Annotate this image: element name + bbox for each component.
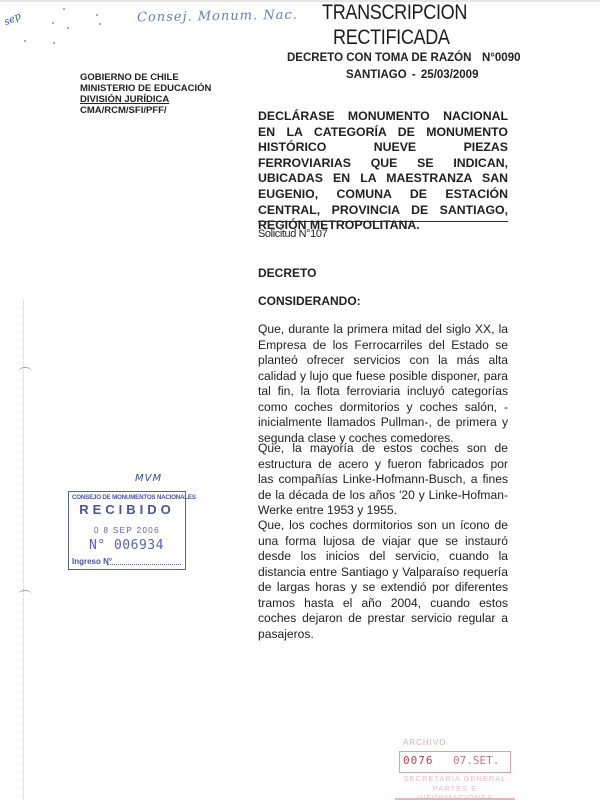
section-considerando: CONSIDERANDO: bbox=[258, 294, 508, 308]
punch-hole-icon bbox=[18, 367, 32, 376]
ink-speck bbox=[63, 8, 65, 10]
letterhead: GOBIERNO DE CHILE MINISTERIO DE EDUCACIÓ… bbox=[80, 72, 211, 116]
letterhead-government: GOBIERNO DE CHILE bbox=[80, 72, 211, 83]
paragraph-1: Que, durante la primera mitad del siglo … bbox=[258, 322, 508, 446]
heading-divider bbox=[258, 221, 508, 222]
paragraph-2: Que, la mayoría de estos coches son de e… bbox=[258, 441, 508, 519]
stamp-number: N° 006934 bbox=[89, 538, 164, 553]
decree-type: DECRETO CON TOMA DE RAZÓN bbox=[287, 52, 471, 64]
ink-speck bbox=[99, 23, 101, 25]
stamp-entry-line bbox=[107, 564, 181, 565]
handwritten-note: Consej. Monum. Nac. bbox=[137, 8, 298, 26]
scanned-document-page: sep Consej. Monum. Nac. TRANSCRIPCION RE… bbox=[0, 0, 600, 800]
archive-number: 0076 bbox=[403, 754, 434, 767]
stamp-date: 0 8 SEP 2006 bbox=[69, 526, 185, 535]
ink-speck bbox=[53, 42, 55, 44]
document-title-line2: RECTIFICADA bbox=[333, 26, 450, 50]
punch-hole-icon bbox=[18, 590, 32, 599]
document-title-line1: TRANSCRIPCION bbox=[322, 1, 467, 25]
archive-stamp: ARCHIVO 0076 07.SET. SECRETARIA GENERAL … bbox=[395, 738, 515, 800]
stamp-status: RECIBIDO bbox=[69, 502, 185, 517]
place-and-date: SANTIAGO - 25/03/2009 bbox=[346, 69, 478, 81]
ink-speck bbox=[67, 27, 69, 29]
request-number: Solicitud N°107 bbox=[258, 228, 327, 240]
stamp-organization: CONSEJO DE MONUMENTOS NACIONALES bbox=[72, 494, 196, 501]
decree-number: N°0090 bbox=[482, 52, 521, 64]
handwritten-initials: MVM bbox=[135, 473, 162, 484]
paragraph-3: Que, los coches dormitorios son un ícono… bbox=[258, 518, 508, 642]
archive-office-line1: SECRETARIA GENERAL bbox=[399, 774, 511, 783]
letterhead-division: DIVISIÓN JURÍDICA bbox=[80, 94, 211, 105]
ink-speck bbox=[52, 22, 54, 24]
handwritten-margin-mark: sep bbox=[2, 11, 22, 28]
received-stamp: CONSEJO DE MONUMENTOS NACIONALES RECIBID… bbox=[68, 491, 186, 570]
letterhead-ministry: MINISTERIO DE EDUCACIÓN bbox=[80, 83, 211, 94]
decree-heading: DECLÁRASE MONUMENTO NACIONAL EN LA CATEG… bbox=[258, 109, 508, 234]
ink-speck bbox=[24, 40, 26, 42]
archive-label: ARCHIVO bbox=[403, 738, 446, 747]
section-decreto: DECRETO bbox=[258, 266, 508, 280]
ink-speck bbox=[96, 14, 98, 16]
letterhead-reference: CMA/RCM/SFI/PFF/ bbox=[80, 105, 211, 116]
archive-date: 07.SET. bbox=[453, 754, 499, 767]
scan-top-edge bbox=[0, 0, 600, 2]
